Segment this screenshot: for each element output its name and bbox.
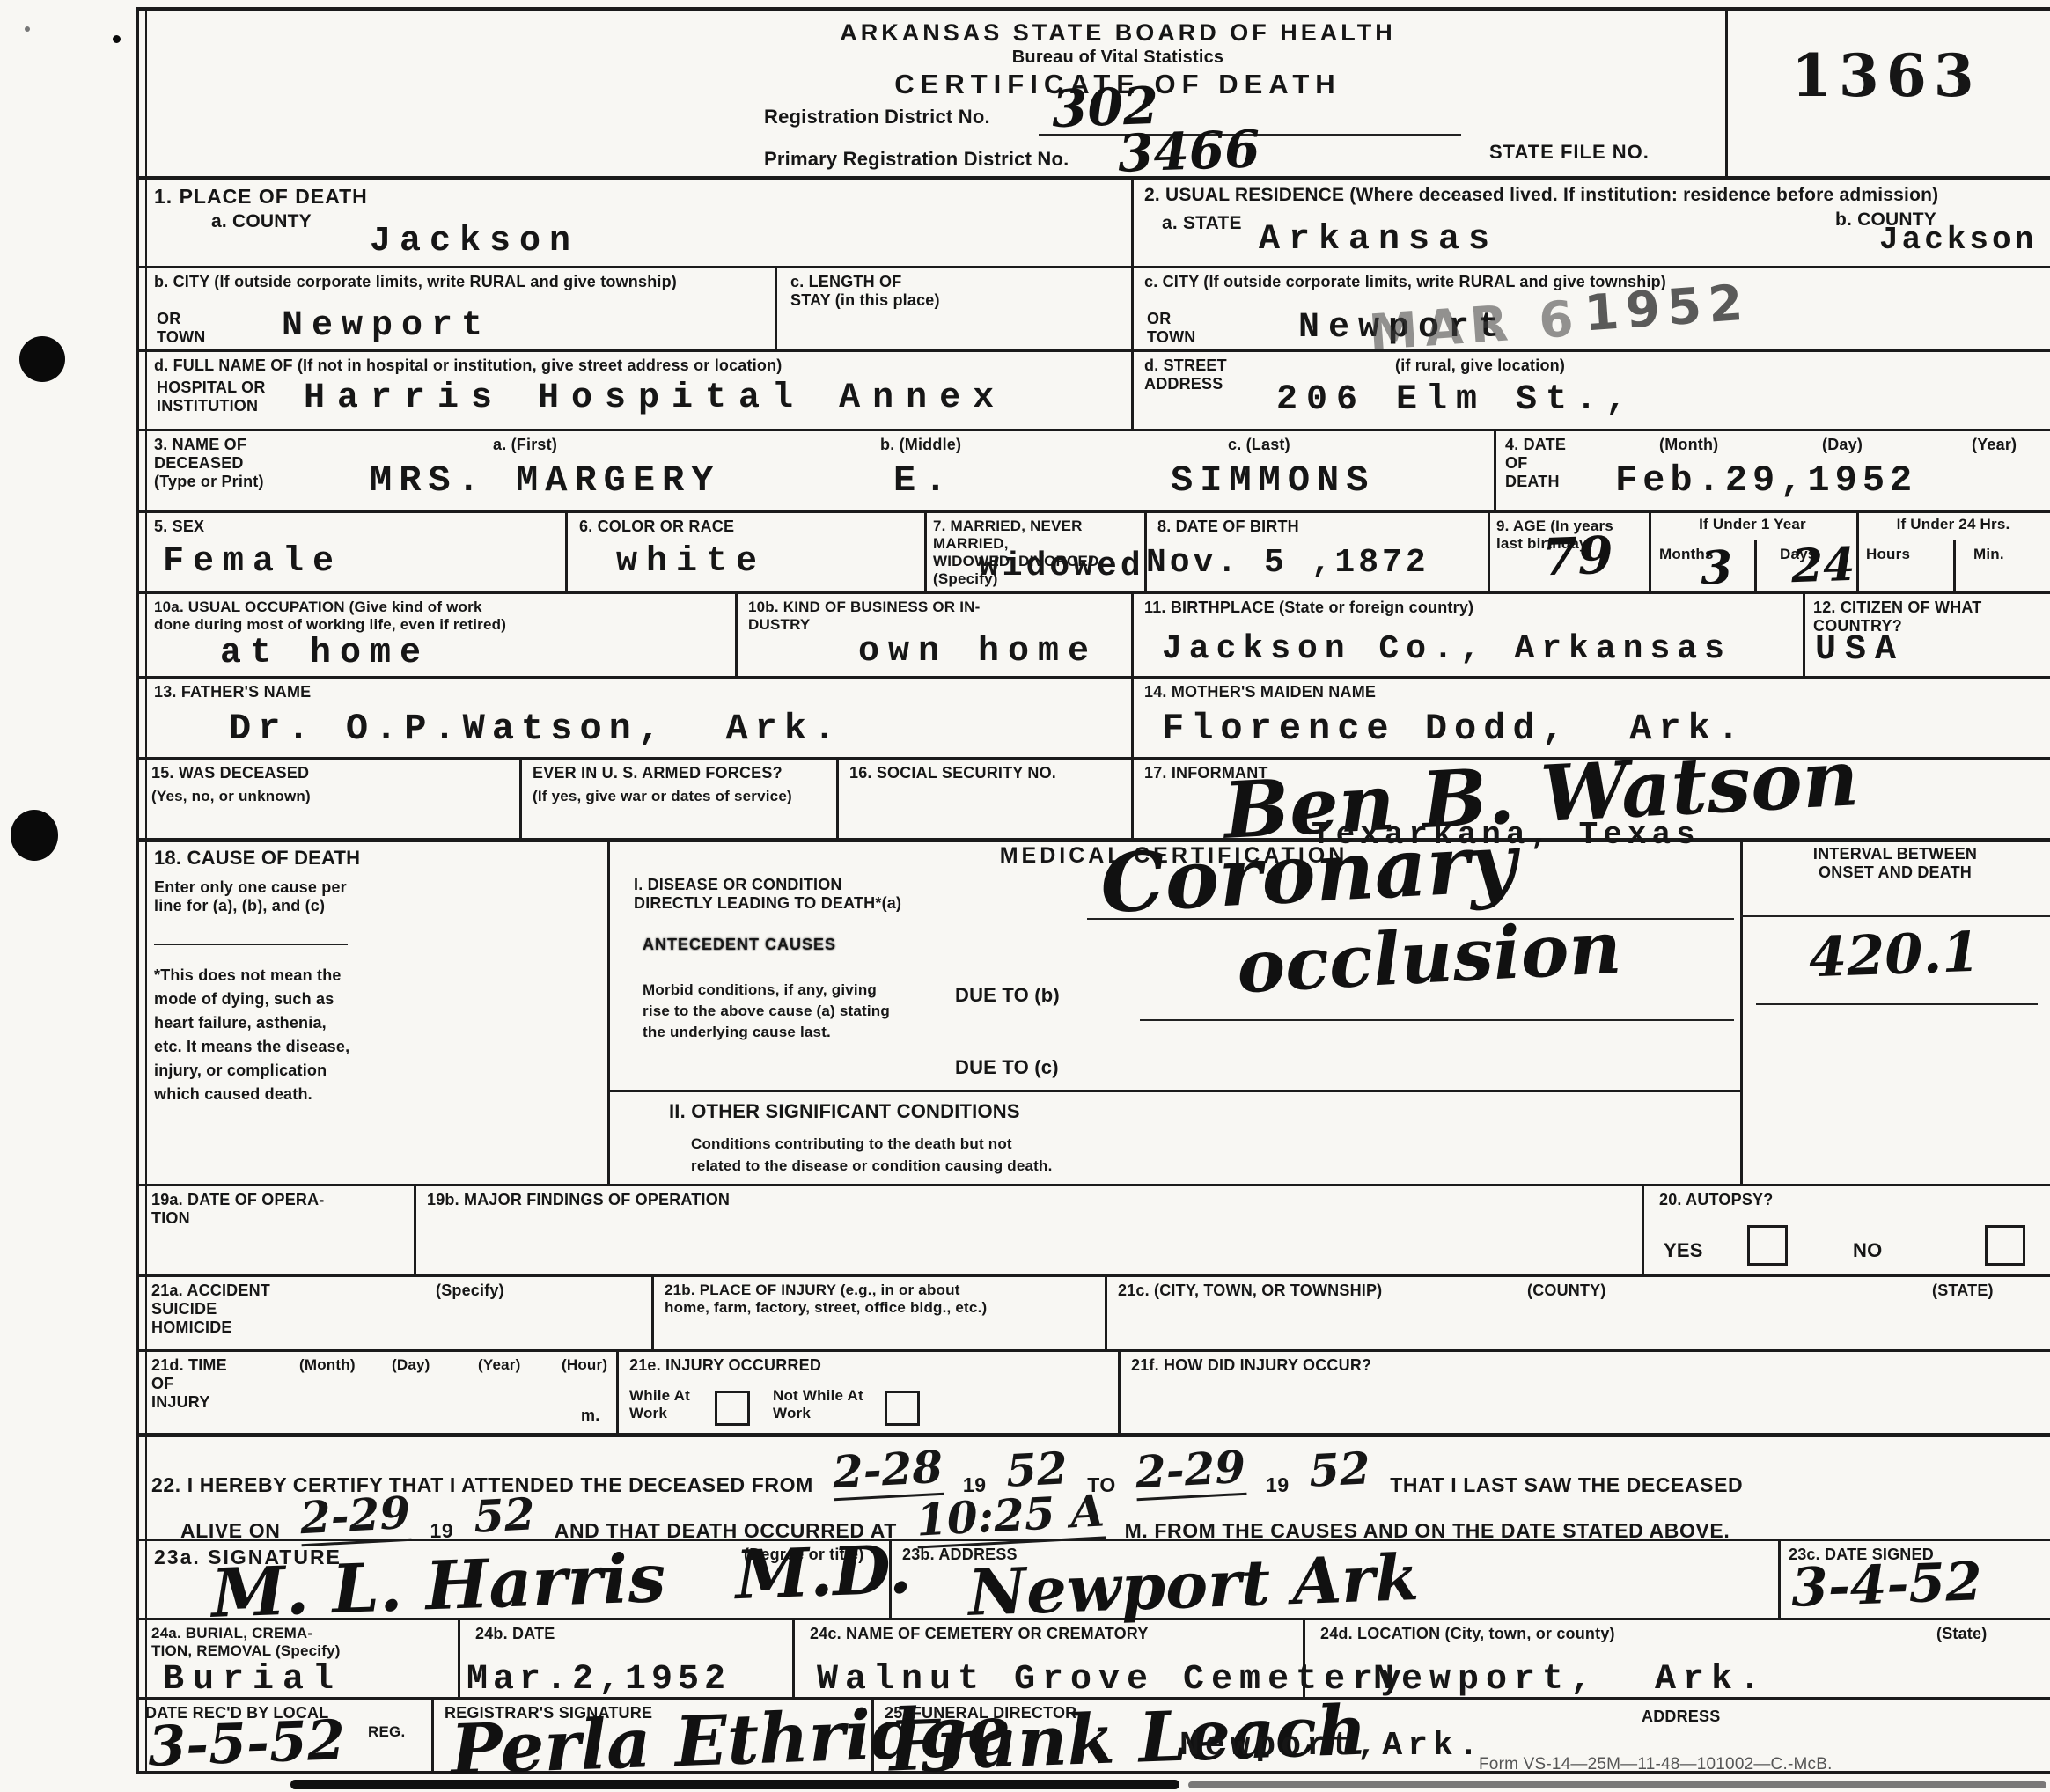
burial-location-value: Newport, Ark. — [1373, 1660, 1767, 1700]
occupation-value: at home — [220, 634, 430, 673]
grid-vline — [1642, 1184, 1644, 1274]
burial-date-value: Mar.2,1952 — [467, 1660, 731, 1700]
certify-text-6: M. FROM THE CAUSES AND ON THE DATE STATE… — [1125, 1519, 1730, 1542]
grid-vline — [1953, 540, 1956, 591]
injury-m-label: m. — [581, 1406, 599, 1425]
burial-location-state-note: (State) — [1936, 1625, 1987, 1643]
grid-vline — [924, 510, 927, 591]
received-year-stamp: 1952 — [1583, 275, 1752, 343]
armed-forces-label-a: 15. WAS DECEASED — [151, 764, 309, 782]
interval-value: 420.1 — [1808, 920, 1981, 990]
business-value: own home — [858, 632, 1098, 672]
specify-note: (Specify) — [436, 1282, 504, 1300]
date-recd-value: 3-5-52 — [147, 1708, 346, 1779]
physician-address-value: Newport Ark — [967, 1539, 1421, 1630]
bureau-subtitle: Bureau of Vital Statistics — [616, 48, 1620, 69]
antecedent-causes-label: ANTECEDENT CAUSES — [643, 936, 836, 954]
grid-hline — [136, 1349, 2050, 1352]
scan-speck — [113, 35, 121, 43]
form-number: Form VS-14—25M—11-48—101002—C.-McB. — [1479, 1755, 1833, 1774]
date-of-death-label: 4. DATE OF DEATH — [1505, 436, 1566, 492]
cemetery-label: 24c. NAME OF CEMETERY OR CREMATORY — [810, 1625, 1149, 1643]
funeral-director-address-value: Newport,Ark. — [1179, 1727, 1484, 1765]
street-value: 206 Elm St., — [1276, 380, 1635, 420]
punch-hole — [19, 336, 65, 382]
injury-city-label: 21c. (CITY, TOWN, OR TOWNSHIP) — [1118, 1282, 1382, 1300]
while-at-work-label: While At Work — [629, 1387, 690, 1422]
pod-city-value: Newport — [282, 306, 491, 346]
grid-vline — [775, 266, 777, 349]
grid-vline — [565, 510, 568, 591]
armed-forces-note-a: (Yes, no, or unknown) — [151, 788, 311, 805]
cause-of-death-label: 18. CAUSE OF DEATH — [154, 847, 360, 870]
dob-label: 8. DATE OF BIRTH — [1157, 518, 1299, 536]
interval-label: INTERVAL BETWEEN ONSET AND DEATH — [1747, 845, 2043, 882]
pod-county-value: Jackson — [370, 222, 579, 261]
residence-county-value: Jackson — [1879, 222, 2037, 258]
org-title: ARKANSAS STATE BOARD OF HEALTH — [616, 19, 1620, 48]
injury-occurred-label: 21e. INJURY OCCURRED — [629, 1356, 821, 1375]
hospital-sublabel: HOSPITAL OR INSTITUTION — [157, 378, 266, 415]
autopsy-no-checkbox — [1985, 1225, 2025, 1266]
injury-hour-label: (Hour) — [562, 1356, 607, 1374]
grid-vline — [431, 1697, 434, 1771]
alive-on-value: 2-29 — [298, 1487, 411, 1546]
dod-day-label: (Day) — [1822, 436, 1863, 454]
autopsy-no-label: NO — [1853, 1239, 1882, 1262]
date-recd-reg-label: REG. — [368, 1723, 405, 1741]
year-prefix-2: 19 — [1266, 1473, 1290, 1496]
mother-name-label: 14. MOTHER'S MAIDEN NAME — [1144, 683, 1376, 701]
burial-value: Burial — [163, 1660, 342, 1700]
place-of-death-title: 1. PLACE OF DEATH — [154, 185, 368, 209]
grid-hline — [136, 349, 2050, 352]
certify-line-2: ALIVE ON 2-29 19 52 AND THAT DEATH OCCUR… — [180, 1496, 1730, 1551]
grid-hline — [607, 1090, 1743, 1092]
business-label: 10b. KIND OF BUSINESS OR IN- DUSTRY — [748, 599, 1118, 634]
primary-district-label: Primary Registration District No. — [764, 148, 1069, 171]
not-while-at-work-label: Not While At Work — [773, 1387, 863, 1422]
residence-city-label: c. CITY (If outside corporate limits, wr… — [1144, 273, 1884, 291]
grid-vline — [1131, 176, 1134, 429]
grid-vline — [1488, 510, 1490, 591]
punch-hole — [11, 810, 58, 861]
not-while-at-work-checkbox — [885, 1391, 920, 1426]
grid-hline — [136, 1184, 2050, 1186]
attended-to-value: 2-29 — [1135, 1441, 1247, 1501]
other-conditions-label: II. OTHER SIGNIFICANT CONDITIONS — [669, 1100, 1020, 1123]
birthplace-value: Jackson Co., Arkansas — [1162, 630, 1731, 668]
grid-vline — [1803, 591, 1805, 676]
death-certificate-scan: ARKANSAS STATE BOARD OF HEALTH Bureau of… — [0, 0, 2050, 1792]
burial-date-label: 24b. DATE — [475, 1625, 555, 1643]
residence-state-label: a. STATE — [1162, 213, 1242, 235]
grid-vline — [1754, 540, 1757, 591]
months-value: 3 — [1700, 540, 1733, 595]
cause-of-death-note2: *This does not mean the mode of dying, s… — [154, 964, 349, 1106]
grid-hline — [136, 176, 2050, 180]
place-of-injury-label: 21b. PLACE OF INJURY (e.g., in or about … — [665, 1282, 1087, 1317]
sex-label: 5. SEX — [154, 518, 204, 536]
grid-vline — [519, 757, 522, 838]
hospital-value: Harris Hospital Annex — [304, 378, 1006, 418]
father-name-label: 13. FATHER'S NAME — [154, 683, 311, 701]
first-name-value: MRS. MARGERY — [370, 459, 720, 502]
sex-value: Female — [163, 542, 342, 582]
how-did-injury-occur-label: 21f. HOW DID INJURY OCCUR? — [1131, 1356, 1371, 1375]
min-label: Min. — [1973, 546, 2004, 563]
pod-city-label: b. CITY (If outside corporate limits, wr… — [154, 273, 761, 291]
race-value: white — [616, 542, 766, 582]
grid-vline — [1649, 510, 1651, 591]
due-to-c-label: DUE TO (c) — [955, 1056, 1059, 1079]
grid-vline — [1118, 1349, 1121, 1433]
divider — [154, 944, 348, 945]
middle-name-label: b. (Middle) — [880, 436, 961, 454]
fill-line — [1140, 1019, 1734, 1021]
grid-hline — [136, 1433, 2050, 1437]
state-file-label: STATE FILE NO. — [1489, 141, 1650, 164]
father-name-value: Dr. O.P.Watson, Ark. — [229, 708, 842, 750]
under-24-hrs-label: If Under 24 Hrs. — [1859, 516, 2047, 533]
fill-line — [1740, 915, 2050, 917]
disease-condition-label: I. DISEASE OR CONDITION DIRECTLY LEADING… — [634, 876, 901, 913]
injury-county-label: (COUNTY) — [1527, 1282, 1606, 1300]
hours-label: Hours — [1866, 546, 1910, 563]
grid-hline — [136, 7, 2050, 11]
morbid-conditions-note: Morbid conditions, if any, giving rise t… — [643, 980, 890, 1042]
fill-line — [1756, 1003, 2038, 1005]
scan-smear — [1188, 1781, 2046, 1788]
certify-text-4: ALIVE ON — [180, 1519, 280, 1542]
certify-text-3: THAT I LAST SAW THE DECEASED — [1390, 1473, 1743, 1496]
other-conditions-note: Conditions contributing to the death but… — [691, 1134, 1053, 1177]
grid-vline — [735, 591, 738, 676]
grid-vline — [1131, 591, 1134, 838]
street-label: d. STREET ADDRESS — [1144, 356, 1227, 393]
last-name-label: c. (Last) — [1228, 436, 1290, 454]
grid-vline — [651, 1274, 654, 1349]
attended-from-value: 2-28 — [832, 1441, 944, 1501]
certificate-number: 1363 — [1791, 42, 1981, 111]
burial-label: 24a. BURIAL, CREMA- TION, REMOVAL (Speci… — [151, 1625, 442, 1660]
grid-hline — [136, 1274, 2050, 1277]
occupation-label: 10a. USUAL OCCUPATION (Give kind of work… — [154, 599, 726, 634]
death-time-value: 10:25 A — [915, 1484, 1106, 1548]
cause-of-death-note1: Enter only one cause per line for (a), (… — [154, 878, 347, 915]
major-findings-label: 19b. MAJOR FINDINGS OF OPERATION — [427, 1191, 730, 1209]
grid-hline — [136, 266, 2050, 268]
injury-year-label: (Year) — [478, 1356, 520, 1374]
pod-or-town-label: OR TOWN — [157, 310, 205, 347]
injury-state-label: (STATE) — [1932, 1282, 1994, 1300]
grid-vline — [616, 1349, 619, 1433]
date-of-operation-label: 19a. DATE OF OPERA- TION — [151, 1191, 415, 1228]
alive-on-year-value: 52 — [472, 1487, 536, 1543]
grid-hline — [136, 838, 2050, 842]
deceased-name-label: 3. NAME OF DECEASED (Type or Print) — [154, 436, 264, 492]
grid-hline — [136, 676, 2050, 679]
grid-vline — [1105, 1274, 1107, 1349]
usual-residence-title: 2. USUAL RESIDENCE (Where deceased lived… — [1144, 185, 2033, 207]
pod-county-label: a. COUNTY — [211, 211, 312, 233]
burial-location-label: 24d. LOCATION (City, town, or county) — [1320, 1625, 1615, 1643]
armed-forces-label-b: EVER IN U. S. ARMED FORCES? — [533, 764, 783, 782]
grid-vline — [145, 7, 147, 1773]
while-at-work-checkbox — [715, 1391, 750, 1426]
dob-value: Nov. 5 ,1872 — [1146, 544, 1429, 582]
marital-value: widowed — [979, 547, 1144, 585]
hospital-label: d. FULL NAME OF (If not in hospital or i… — [154, 356, 1122, 375]
street-note: (if rural, give location) — [1395, 356, 1565, 375]
attended-to-year-value: 52 — [1308, 1442, 1372, 1497]
grid-vline — [1740, 838, 1743, 1184]
middle-name-value: E. — [893, 459, 955, 502]
grid-vline — [836, 757, 839, 838]
grid-hline — [136, 591, 2050, 594]
primary-district-value: 3466 — [1117, 119, 1261, 184]
grid-vline — [136, 7, 139, 1773]
grid-vline — [607, 838, 610, 1184]
autopsy-label: 20. AUTOPSY? — [1659, 1191, 1773, 1209]
citizen-value: USA — [1815, 630, 1905, 670]
race-label: 6. COLOR OR RACE — [579, 518, 734, 536]
funeral-director-address-label: ADDRESS — [1642, 1708, 1720, 1726]
grid-vline — [1778, 1539, 1781, 1618]
grid-vline — [1725, 7, 1728, 176]
year-prefix-3: 19 — [430, 1519, 453, 1542]
injury-day-label: (Day) — [392, 1356, 430, 1374]
autopsy-yes-label: YES — [1664, 1239, 1703, 1262]
residence-or-town-label: OR TOWN — [1147, 310, 1195, 347]
length-of-stay-label: c. LENGTH OF STAY (in this place) — [790, 273, 1107, 310]
grid-hline — [136, 510, 2050, 513]
residence-state-value: Arkansas — [1259, 220, 1498, 260]
date-of-death-value: Feb.29,1952 — [1615, 459, 1917, 502]
grid-hline — [136, 429, 2050, 431]
dod-month-label: (Month) — [1659, 436, 1718, 454]
dod-year-label: (Year) — [1972, 436, 2017, 454]
grid-vline — [792, 1618, 795, 1697]
grid-vline — [458, 1618, 460, 1697]
last-name-value: SIMMONS — [1171, 459, 1375, 502]
time-of-injury-label: 21d. TIME OF INJURY — [151, 1356, 227, 1413]
first-name-label: a. (First) — [493, 436, 557, 454]
due-to-b-label: DUE TO (b) — [955, 984, 1060, 1007]
armed-forces-note-b: (If yes, give war or dates of service) — [533, 788, 832, 805]
grid-vline — [1494, 429, 1496, 510]
under-1-year-label: If Under 1 Year — [1653, 516, 1852, 533]
date-signed-value: 3-4-52 — [1790, 1551, 1983, 1619]
accident-suicide-homicide-label: 21a. ACCIDENT SUICIDE HOMICIDE — [151, 1282, 270, 1338]
days-value: 24 — [1790, 538, 1855, 593]
autopsy-yes-checkbox — [1747, 1225, 1788, 1266]
age-value: 79 — [1541, 525, 1614, 588]
ssn-label: 16. SOCIAL SECURITY NO. — [849, 764, 1056, 782]
birthplace-label: 11. BIRTHPLACE (State or foreign country… — [1144, 599, 1778, 617]
scan-speck — [25, 26, 30, 32]
injury-month-label: (Month) — [299, 1356, 356, 1374]
registration-district-label: Registration District No. — [764, 106, 990, 129]
